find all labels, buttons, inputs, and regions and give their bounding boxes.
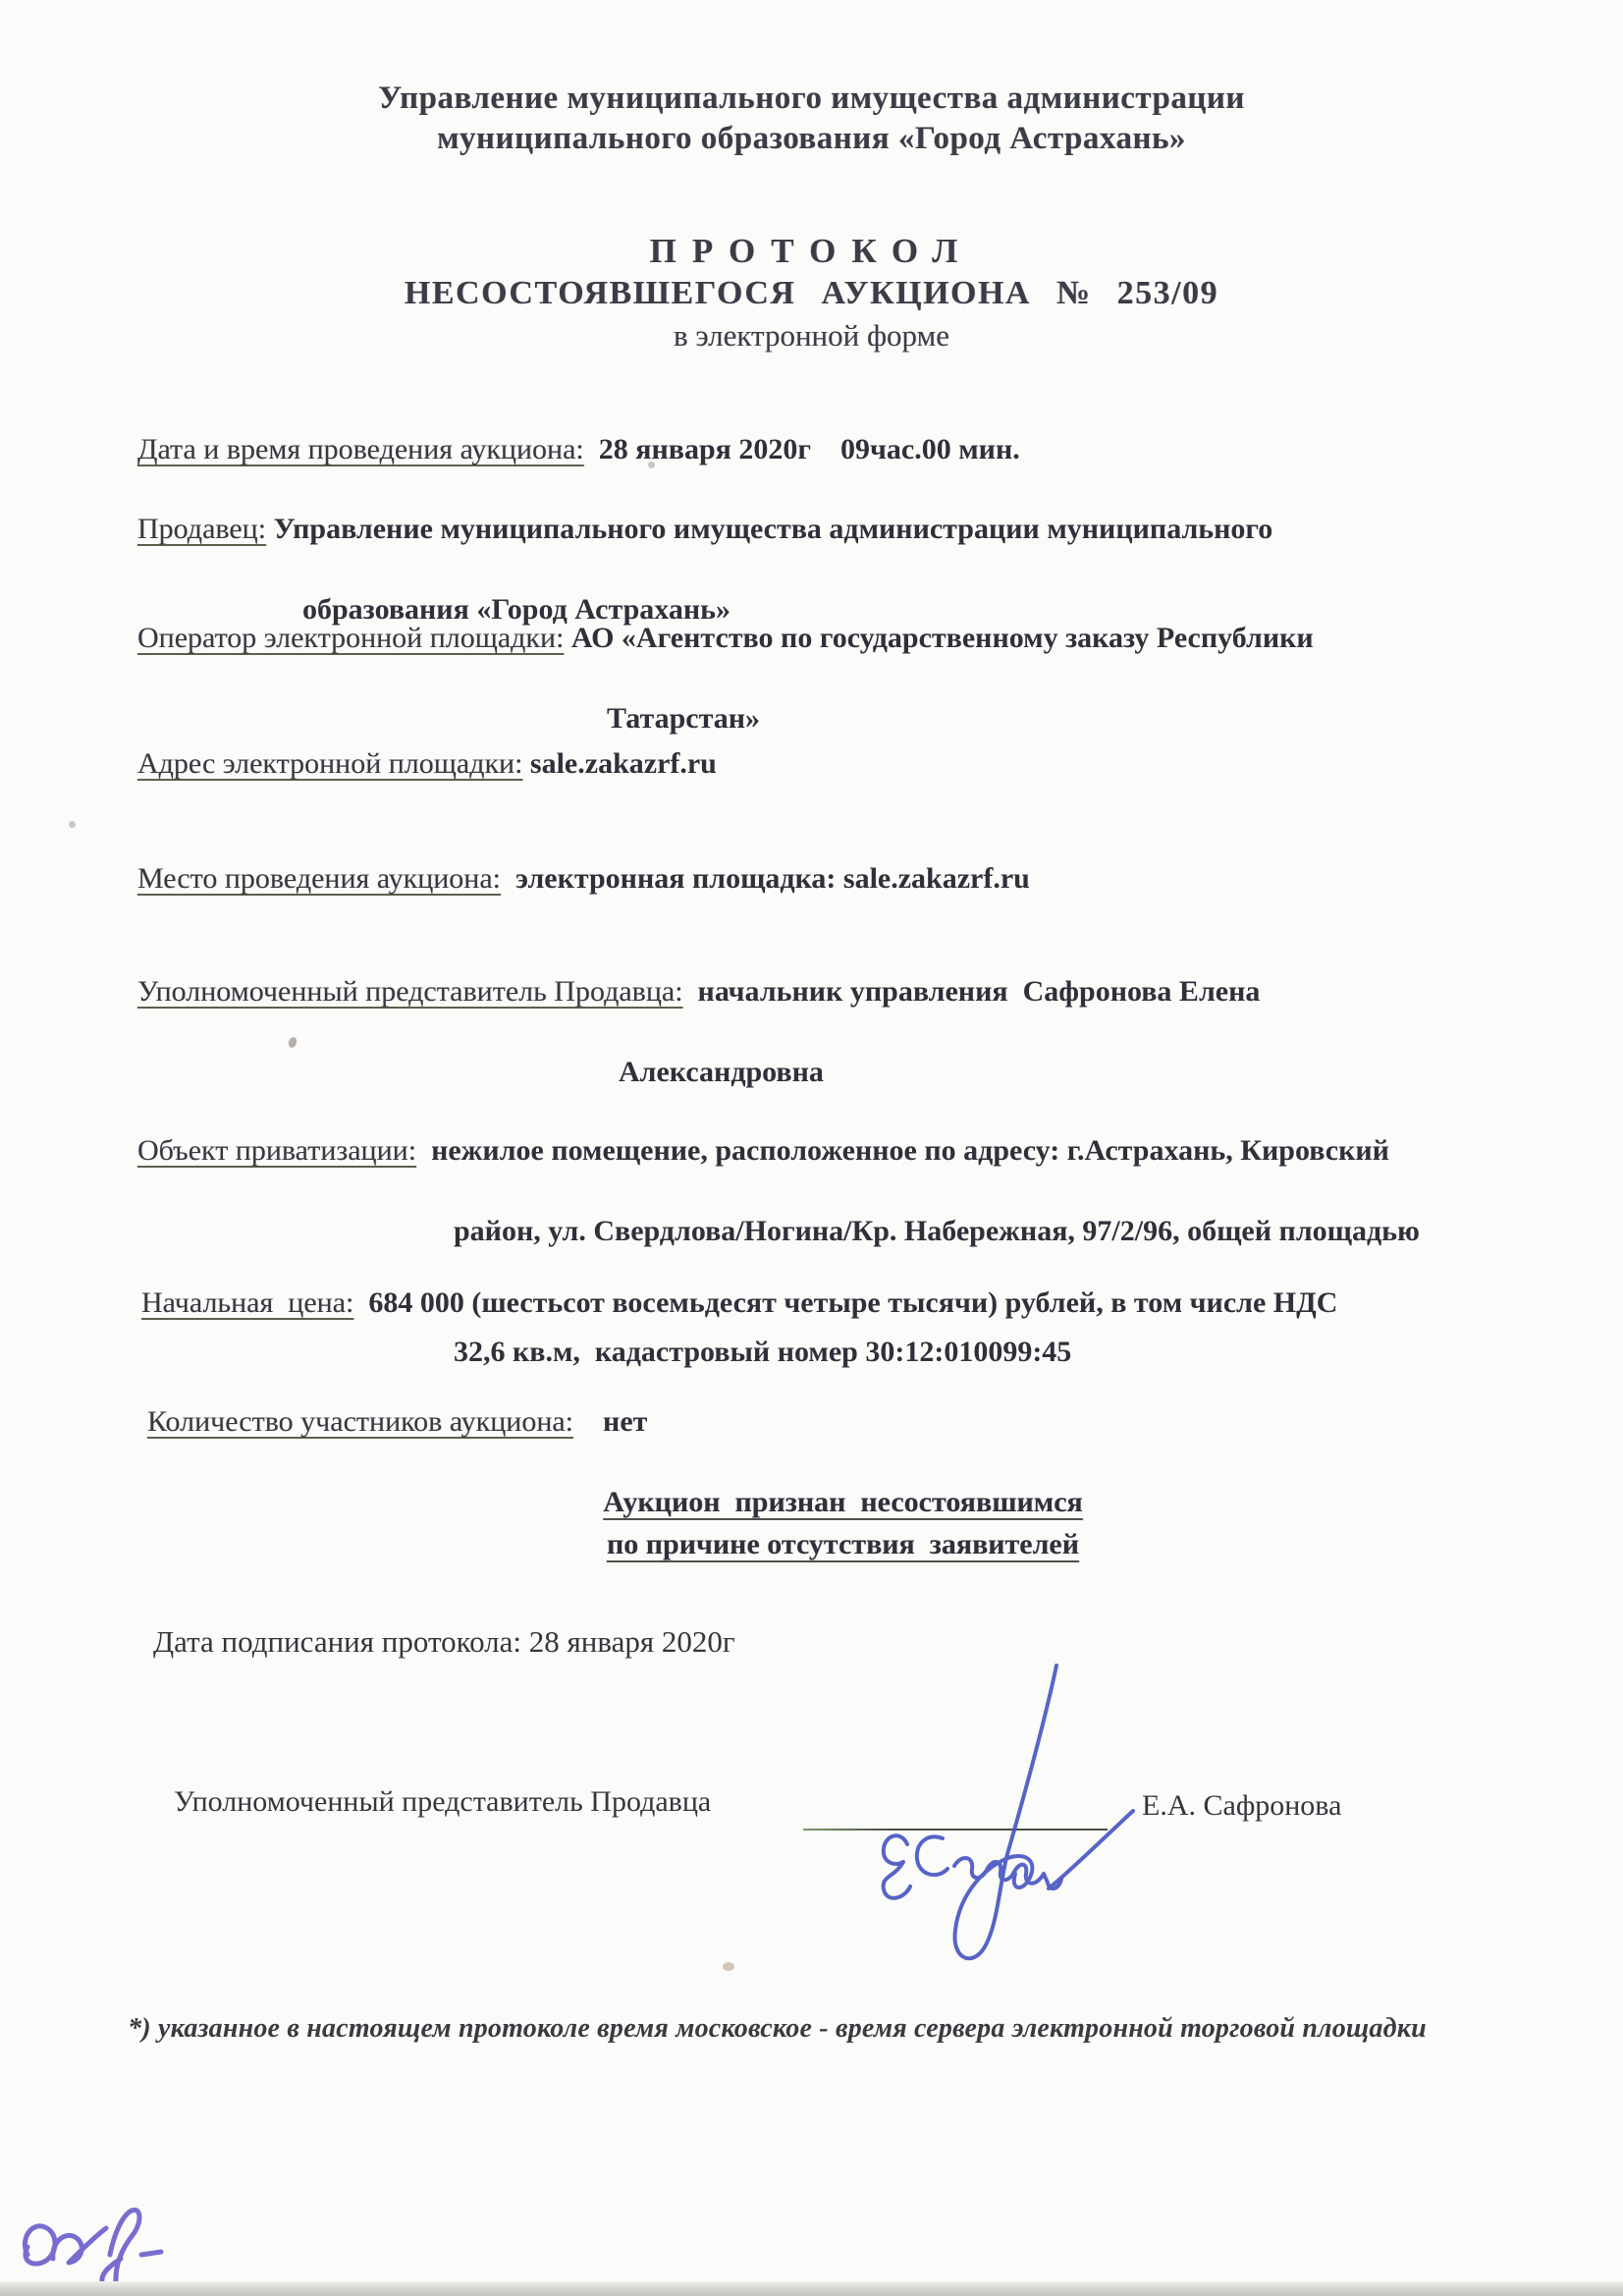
- signer-name: Е.А. Сафронова: [1142, 1789, 1341, 1823]
- field-label: Место проведения аукциона:: [137, 862, 501, 895]
- field-value: sale.zakazrf.ru: [530, 747, 717, 780]
- field-value: 684 000 (шестьсот восемьдесят четыре тыс…: [368, 1286, 1337, 1319]
- field-label: Продавец:: [137, 513, 266, 545]
- handwritten-signature-icon: [825, 1630, 1178, 1964]
- field-label: Количество участников аукциона:: [147, 1405, 573, 1438]
- field-value: нет: [603, 1405, 647, 1438]
- protocol-document-page: Управление муниципального имущества адми…: [0, 0, 1623, 2296]
- scan-artifact: [648, 462, 655, 468]
- field-value: АО «Агентство по государственному заказу…: [571, 622, 1314, 654]
- field-value: нежилое помещение, расположенное по адре…: [431, 1134, 1389, 1167]
- scan-edge-strip: [0, 2281, 1623, 2296]
- signing-date-line: Дата подписания протокола: 28 января 202…: [153, 1624, 735, 1660]
- protocol-form-line: в электронной форме: [0, 316, 1623, 355]
- field-participants-count: Количество участников аукциона: нет: [118, 1361, 647, 1482]
- field-label: Дата и время проведения аукциона:: [137, 433, 584, 465]
- scan-artifact: [69, 821, 76, 828]
- org-header: Управление муниципального имущества адми…: [0, 79, 1623, 159]
- field-label: Уполномоченный представитель Продавца:: [137, 975, 683, 1008]
- field-value: Управление муниципального имущества адми…: [274, 513, 1273, 545]
- field-label: Начальная цена:: [141, 1286, 353, 1319]
- field-label: Оператор электронной площадки:: [137, 622, 564, 654]
- field-platform-address: Адрес электронной площадки: sale.zakazrf…: [108, 703, 717, 824]
- field-label: Адрес электронной площадки:: [137, 747, 522, 780]
- auction-result-line-1: Аукцион признан несостоявшимся: [63, 1481, 1623, 1523]
- org-header-line-1: Управление муниципального имущества адми…: [0, 79, 1623, 119]
- field-label: Объект приватизации:: [137, 1134, 416, 1167]
- protocol-number-line: НЕСОСТОЯВШЕГОСЯ АУКЦИОНА № 253/09: [0, 273, 1623, 314]
- field-value: электронная площадка: sale.zakazrf.ru: [515, 862, 1030, 895]
- signer-role-label: Уполномоченный представитель Продавца: [174, 1785, 711, 1819]
- org-header-line-2: муниципального образования «Город Астрах…: [0, 119, 1623, 159]
- footnote-text: *) указанное в настоящем протоколе время…: [0, 2013, 1623, 2045]
- auction-result-block: Аукцион признан несостоявшимся по причин…: [0, 1481, 1623, 1565]
- auction-result-line-2: по причине отсутствия заявителей: [63, 1523, 1623, 1565]
- field-value: 28 января 2020г 09час.00 мин.: [599, 433, 1020, 465]
- field-value: Александровна: [619, 1052, 1260, 1092]
- protocol-title: ПРОТОКОЛ: [0, 232, 1623, 271]
- scan-artifact: [723, 1962, 734, 1971]
- field-value: начальник управления Сафронова Елена: [698, 975, 1261, 1008]
- field-starting-price: Начальная цена: 684 000 (шестьсот восемь…: [112, 1242, 1337, 1363]
- protocol-title-block: ПРОТОКОЛ НЕСОСТОЯВШЕГОСЯ АУКЦИОНА № 253/…: [0, 232, 1623, 355]
- field-auction-venue: Место проведения аукциона: электронная п…: [108, 818, 1030, 939]
